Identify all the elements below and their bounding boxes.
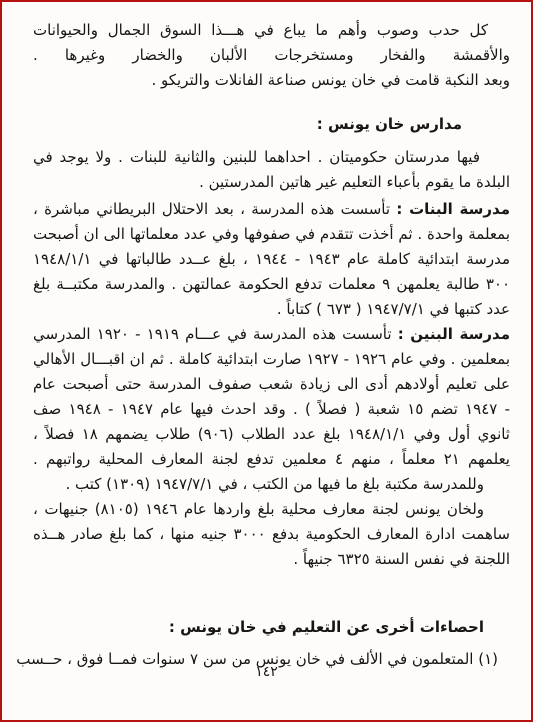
market-paragraph-line: كل حدب وصوب وأهم ما يباع في هـــذا السوق… [33,18,510,43]
page-number: ١٤٢ [0,664,533,680]
education-committee-line: اللجنة في نفس السنة ٦٣٢٥ جنيهاً . [33,547,510,572]
boys-school-line: بمعلمين . وفي عام ١٩٢٦ - ١٩٢٧ صارت ابتدا… [33,347,510,372]
schools-intro-line: فيها مدرستان حكوميتان . احداهما للبنين و… [33,145,510,170]
girls-school-first-line: مدرسة البنات : تأسست هذه المدرسة ، بعد ا… [33,197,510,222]
schools-intro-line: البلدة ما يقوم بأعباء التعليم غير هاتين … [33,170,510,195]
scanned-book-page: { "document": { "page_number": "١٤٢", "s… [0,0,533,722]
market-paragraph-line: وبعد النكبة قامت في خان يونس صناعة الفان… [33,68,510,93]
education-committee-line: ولخان يونس لجنة معارف محلية بلغ واردها ع… [33,497,510,522]
girls-school-text: تأسست هذه المدرسة ، بعد الاحتلال البريطا… [33,200,396,218]
boys-school-first-line: مدرسة البنين : تأسست هذه المدرسة في عـــ… [33,322,510,347]
girls-school-line: مدرسة ابتدائية كاملة عام ١٩٤٣ - ١٩٤٤ ، ب… [33,247,510,272]
market-paragraph-line: والأقمشة والفخار ومستخرجات الألبان والخض… [33,43,510,68]
school-library-line: وللمدرسة مكتبة بلغ ما فيها من الكتب ، في… [33,472,510,497]
schools-section-heading: مدارس خان يونس : [33,112,510,137]
boys-school-label: مدرسة البنين : [398,325,510,343]
education-committee-line: ساهمت ادارة المعارف الحكومية بدفع ٣٠٠٠ ج… [33,522,510,547]
page-text-block: كل حدب وصوب وأهم ما يباع في هـــذا السوق… [33,5,510,672]
statistics-section-heading: احصاءات أخرى عن التعليم في خان يونس : [33,615,510,640]
girls-school-label: مدرسة البنات : [396,200,510,218]
boys-school-line: - ١٩٤٧ تضم ١٥ شعبة ( فصلاً ) . وقد احدث … [33,397,510,422]
boys-school-line: يعلمهم ٢١ معلماً ، منهم ٤ معلمين تدفع لج… [33,447,510,472]
girls-school-line: ٣٠٠ طالبة يعلمهن ٩ معلمات تدفع الحكومة ع… [33,272,510,297]
girls-school-line: عدد كتبها في ١٩٤٧/٧/١ ( ٦٧٣ ) كتاباً . [33,297,510,322]
girls-school-line: بمعلمة واحدة . ثم أخذت تتقدم في صفوفها و… [33,222,510,247]
boys-school-line: ثانوي أول وفي ١٩٤٨/١/١ بلغ عدد الطلاب (٩… [33,422,510,447]
boys-school-text: تأسست هذه المدرسة في عـــام ١٩١٩ - ١٩٢٠ … [33,325,398,343]
boys-school-line: على تعليم أولادهم أدى الى زيادة شعب صفوف… [33,372,510,397]
